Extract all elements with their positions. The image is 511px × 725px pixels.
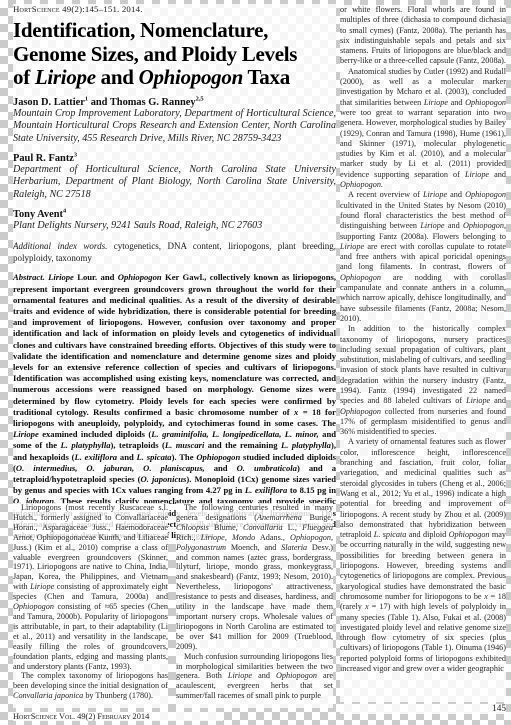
- abstract: Abstract. Liriope Lour. and Ophiopogon K…: [13, 272, 336, 541]
- title-abstract-block: HortScience 49(2):145–151. 2014. Identif…: [13, 4, 336, 541]
- affiliation-3: Plant Delights Nursery, 9241 Sauls Road,…: [13, 220, 336, 233]
- paragraph-anatomical-studies: Anatomical studies by Cutler (1992) and …: [340, 67, 506, 191]
- affiliation-2: Department of Horticultural Science, Nor…: [13, 164, 336, 202]
- author-line-1: Jason D. Lattier1 and Thomas G. Ranney2,…: [13, 97, 336, 108]
- author-line-2: Paul R. Fantz3: [13, 153, 336, 164]
- author-line-3: Tony Avent4: [13, 209, 336, 220]
- title-line-3: of Liriope and Ophiopogon Taxa: [13, 66, 336, 90]
- paragraph-recent-overview: A recent overview of Liriope and Ophiopo…: [340, 190, 506, 324]
- journal-header: HortScience 49(2):145–151. 2014.: [13, 4, 336, 14]
- paragraph-floral-whorls: or white flowers. Floral whorls are foun…: [340, 5, 506, 67]
- body-column-middle: The following centuries resulted in many…: [176, 503, 333, 708]
- paragraph-nursery-practices: In addition to the historically complex …: [340, 324, 506, 437]
- title-line-1: Identification, Nomenclature,: [13, 19, 336, 43]
- body-column-left: Liriopogons (most recently Ruscaceae s.l…: [13, 503, 168, 708]
- paragraph-genera-designations: The following centuries resulted in many…: [176, 503, 333, 652]
- paper-title: Identification, Nomenclature, Genome Siz…: [13, 19, 336, 90]
- paragraph-morphological-confusion: Much confusion surrounding liriopogons l…: [176, 652, 333, 702]
- footer-journal-info: HortScience Vol. 49(2) February 2014: [13, 712, 223, 721]
- paragraph-complex-taxonomy: The complex taxonomy of liriopogons has …: [13, 671, 168, 701]
- paragraph-taxonomy-intro: Liriopogons (most recently Ruscaceae s.l…: [13, 503, 168, 671]
- page-number: 145: [340, 704, 506, 714]
- paragraph-ornamental-features: A variety of ornamental features such as…: [340, 437, 506, 674]
- affiliation-1: Mountain Crop Improvement Laboratory, De…: [13, 108, 336, 146]
- body-column-right: or white flowers. Floral whorls are foun…: [340, 5, 506, 702]
- title-line-2: Genome Sizes, and Ploidy Levels: [13, 43, 336, 67]
- additional-index-words: Additional index words. cytogenetics, DN…: [13, 241, 336, 264]
